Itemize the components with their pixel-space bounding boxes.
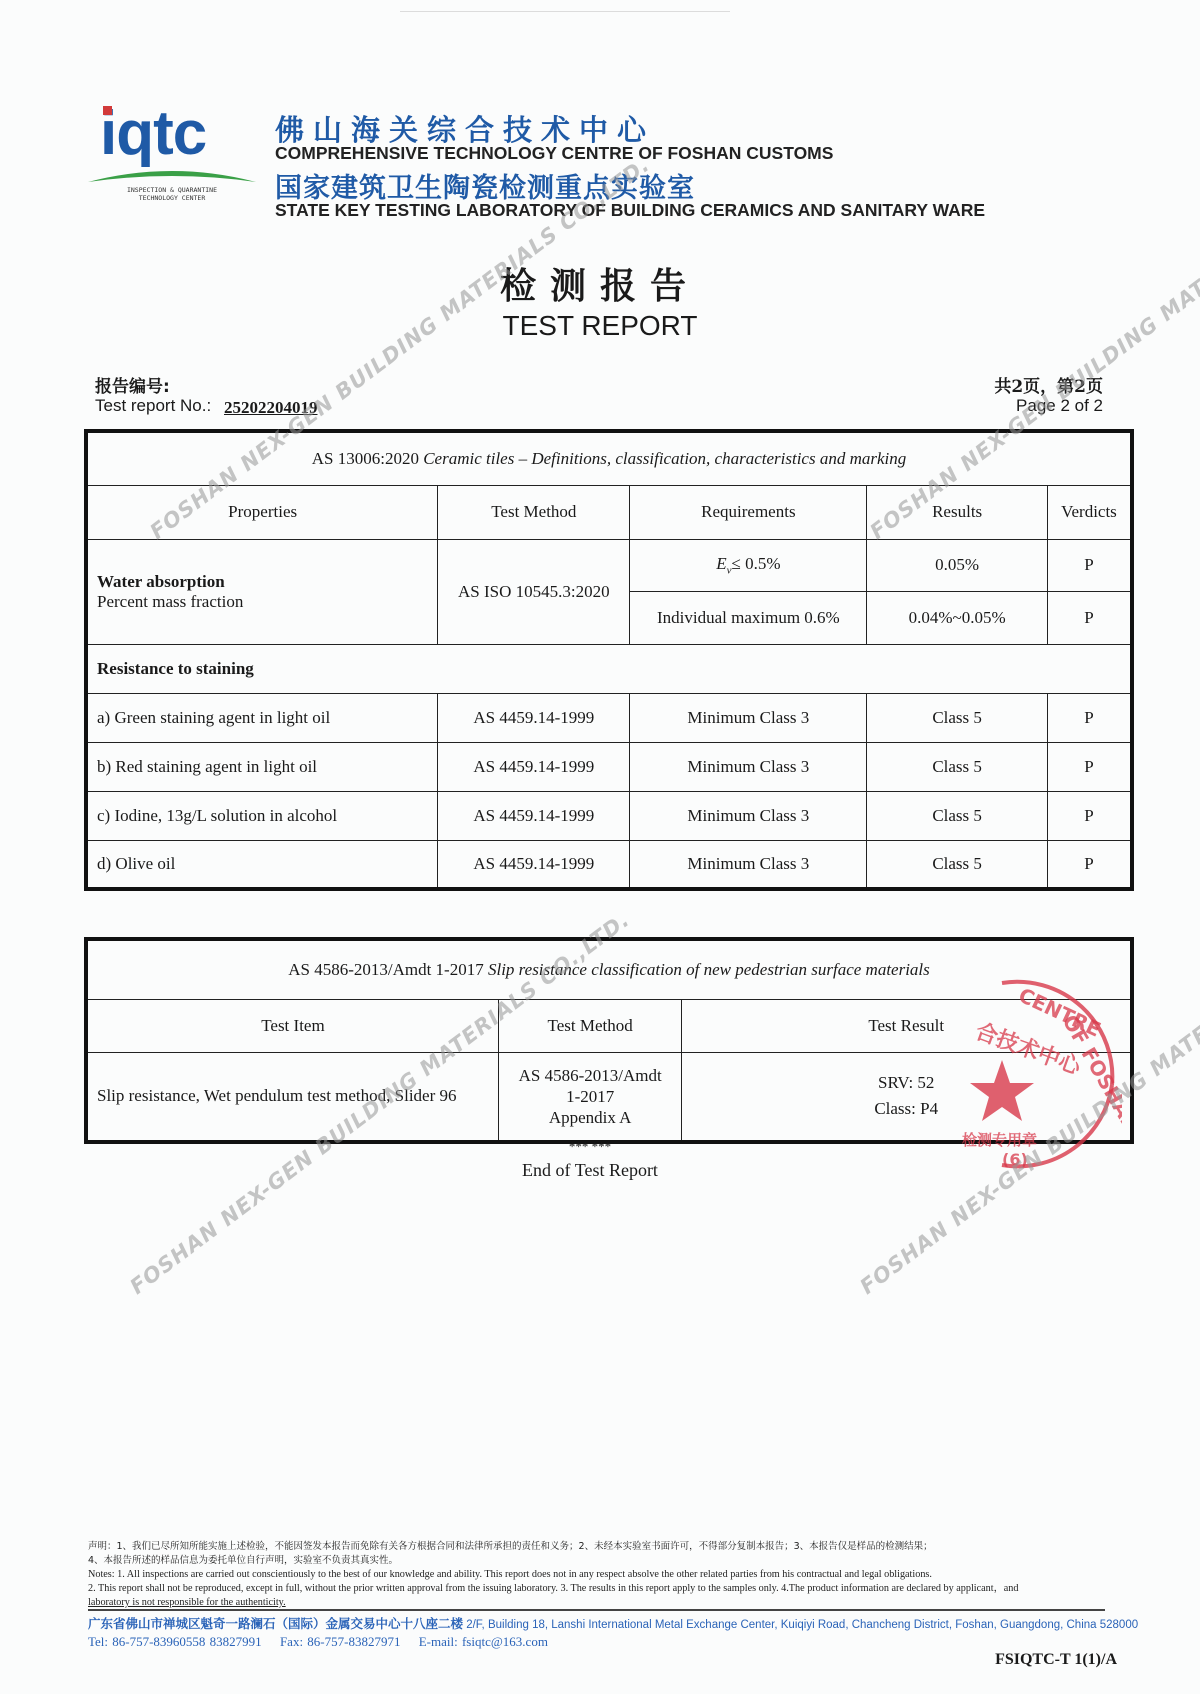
requirement: Individual maximum 0.6%: [630, 591, 867, 644]
staining-heading: Resistance to staining: [86, 644, 1132, 693]
requirement-ev: Ev≤ 0.5%: [630, 539, 867, 591]
property: b) Red staining agent in light oil: [86, 742, 438, 791]
verdict: P: [1047, 840, 1132, 889]
test-method: AS 4586-2013/Amdt 1-2017 Appendix A: [498, 1052, 682, 1142]
verdict: P: [1047, 591, 1132, 644]
lab-email: E-mail: fsiqtc@163.com: [419, 1634, 548, 1649]
col-header-test-method: Test Method: [498, 999, 682, 1052]
report-title-cn: 检测报告: [0, 258, 1200, 309]
table-caption-row: AS 13006:2020 Ceramic tiles – Definition…: [86, 431, 1132, 485]
result: Class 5: [867, 742, 1048, 791]
table-row: Slip resistance, Wet pendulum test metho…: [86, 1052, 1132, 1142]
staining-section-row: Resistance to staining: [86, 644, 1132, 693]
method: AS 4459.14-1999: [438, 840, 630, 889]
ceramic-tiles-results-table: AS 13006:2020 Ceramic tiles – Definition…: [84, 429, 1134, 891]
test-item: Slip resistance, Wet pendulum test metho…: [86, 1052, 498, 1142]
result: 0.04%~0.05%: [867, 591, 1048, 644]
col-header-verdicts: Verdicts: [1047, 485, 1132, 539]
col-header-test-method: Test Method: [438, 485, 630, 539]
logo-subtitle: INSPECTION & QUARANTINE TECHNOLOGY CENTE…: [86, 186, 258, 202]
logo-red-dot: [103, 106, 112, 115]
org-name-en: COMPREHENSIVE TECHNOLOGY CENTRE OF FOSHA…: [275, 143, 833, 164]
verdict: P: [1047, 693, 1132, 742]
table-row: a) Green staining agent in light oil AS …: [86, 693, 1132, 742]
end-of-report: End of Test Report: [0, 1160, 1180, 1181]
table-row: c) Iodine, 13g/L solution in alcohol AS …: [86, 791, 1132, 840]
form-code: FSIQTC-T 1(1)/A: [995, 1651, 1117, 1669]
lab-name-en: STATE KEY TESTING LABORATORY OF BUILDING…: [275, 200, 985, 221]
result: 0.05%: [867, 539, 1048, 591]
test-result: SRV: 52 Class: P4: [682, 1052, 1132, 1142]
table-caption: AS 13006:2020 Ceramic tiles – Definition…: [86, 431, 1132, 485]
requirement: Minimum Class 3: [630, 791, 867, 840]
page-info-en: Page 2 of 2: [1016, 396, 1103, 416]
col-header-test-result: Test Result: [682, 999, 1132, 1052]
report-number-label: Test report No.:: [95, 396, 211, 416]
report-number-value: 25202204019: [224, 398, 318, 418]
logo-wordmark: iqtc: [100, 104, 206, 164]
col-header-test-item: Test Item: [86, 999, 498, 1052]
scan-edge: [400, 11, 730, 12]
method: AS 4459.14-1999: [438, 742, 630, 791]
logo-green-arc-icon: [86, 166, 258, 184]
page-info-cn: 共2页，第2页: [994, 372, 1103, 397]
verdict: P: [1047, 791, 1132, 840]
water-absorption-method: AS ISO 10545.3:2020: [438, 539, 630, 644]
result: Class 5: [867, 791, 1048, 840]
table-header-row: Properties Test Method Requirements Resu…: [86, 485, 1132, 539]
property: c) Iodine, 13g/L solution in alcohol: [86, 791, 438, 840]
property: a) Green staining agent in light oil: [86, 693, 438, 742]
lab-contact: Tel: 86-757-83960558 83827991 Fax: 86-75…: [88, 1634, 562, 1650]
result: Class 5: [867, 840, 1048, 889]
col-header-requirements: Requirements: [630, 485, 867, 539]
slip-resistance-results-table: AS 4586-2013/Amdt 1-2017 Slip resistance…: [84, 937, 1134, 1144]
lab-fax: Fax: 86-757-83827971: [280, 1634, 401, 1649]
table-header-row: Test Item Test Method Test Result: [86, 999, 1132, 1052]
end-marker: *** ***: [0, 1139, 1180, 1155]
report-title-en: TEST REPORT: [0, 310, 1200, 342]
requirement: Minimum Class 3: [630, 840, 867, 889]
lab-address: 广东省佛山市禅城区魁奇一路澜石（国际）金属交易中心十八座二楼 2/F, Buil…: [88, 1614, 1118, 1632]
table-caption: AS 4586-2013/Amdt 1-2017 Slip resistance…: [86, 939, 1132, 999]
table-row: Water absorption Percent mass fraction A…: [86, 539, 1132, 591]
disclaimer-notes: 声明：1、我们已尽所知所能实施上述检验，不能因签发本报告而免除有关各方根据合同和…: [88, 1540, 1113, 1610]
table-row: d) Olive oil AS 4459.14-1999 Minimum Cla…: [86, 840, 1132, 889]
lab-phone: Tel: 86-757-83960558 83827991: [88, 1634, 262, 1649]
footer-divider: [88, 1609, 1105, 1611]
water-absorption-property: Water absorption Percent mass fraction: [86, 539, 438, 644]
property: d) Olive oil: [86, 840, 438, 889]
requirement: Minimum Class 3: [630, 693, 867, 742]
table-row: b) Red staining agent in light oil AS 44…: [86, 742, 1132, 791]
iqtc-logo: iqtc INSPECTION & QUARANTINE TECHNOLOGY …: [86, 104, 258, 204]
requirement: Minimum Class 3: [630, 742, 867, 791]
method: AS 4459.14-1999: [438, 693, 630, 742]
col-header-properties: Properties: [86, 485, 438, 539]
report-number-label-cn: 报告编号:: [95, 372, 170, 397]
result: Class 5: [867, 693, 1048, 742]
col-header-results: Results: [867, 485, 1048, 539]
method: AS 4459.14-1999: [438, 791, 630, 840]
table-caption-row: AS 4586-2013/Amdt 1-2017 Slip resistance…: [86, 939, 1132, 999]
verdict: P: [1047, 539, 1132, 591]
verdict: P: [1047, 742, 1132, 791]
